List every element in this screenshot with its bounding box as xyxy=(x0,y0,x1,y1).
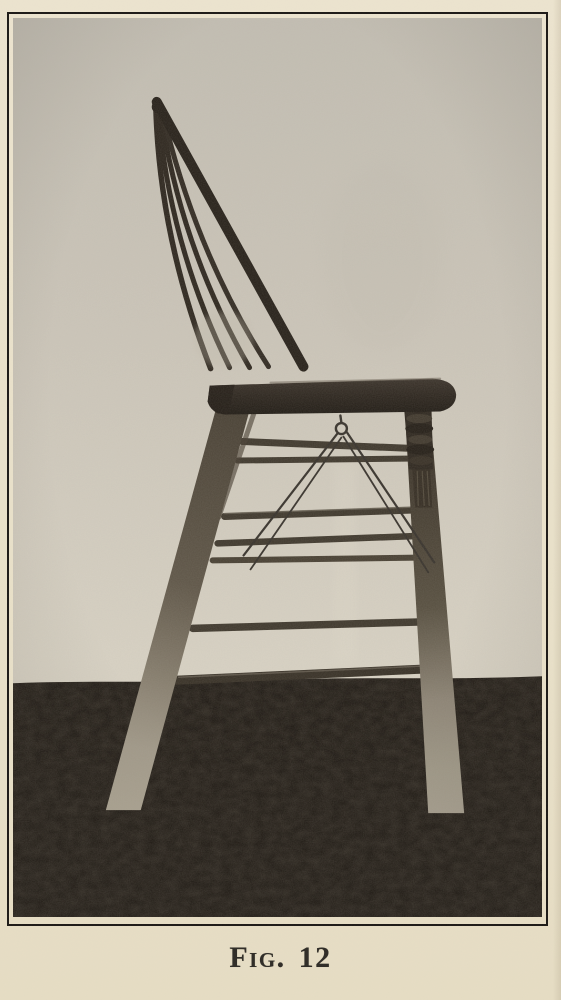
highchair-photo-illustration xyxy=(13,18,542,917)
figure-photo xyxy=(13,18,542,917)
caption-number: 12 xyxy=(299,941,332,974)
figure-caption: Fig.12 xyxy=(0,941,561,975)
book-page: Fig.12 xyxy=(0,0,561,1000)
caption-label: Fig. xyxy=(229,941,285,974)
